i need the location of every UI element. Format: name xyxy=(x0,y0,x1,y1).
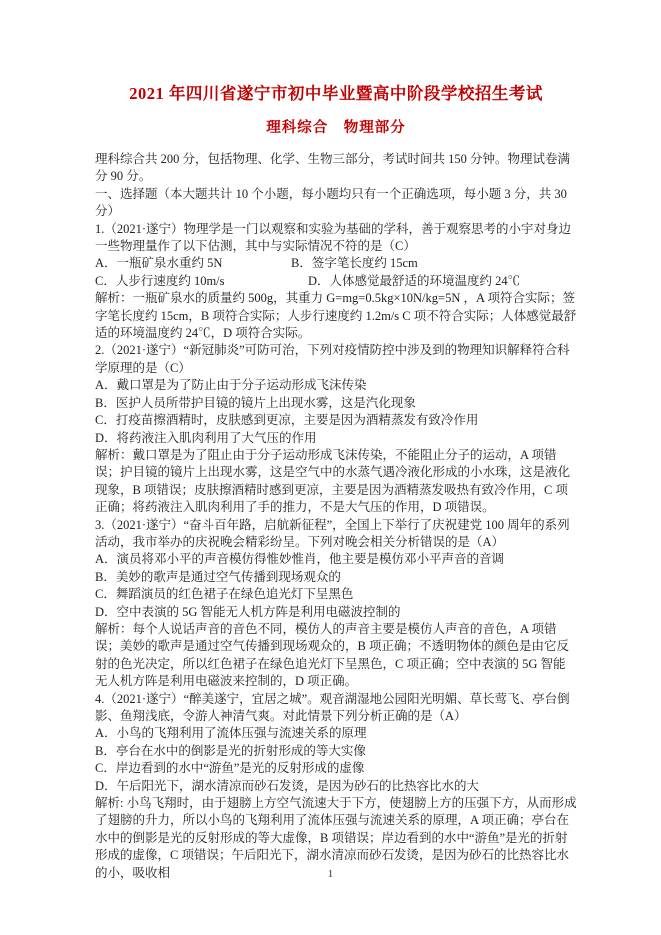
question-3-stem: 3.（2021·遂宁）“奋斗百年路，启航新征程”，全国上下举行了庆祝建党 100… xyxy=(95,517,577,552)
question-1-option-b: B．签字笔长度约 15cm xyxy=(291,256,418,270)
question-4-option-b: B．亭台在水中的倒影是光的折射形成的等大实像 xyxy=(95,743,577,760)
exam-title: 2021 年四川省遂宁市初中毕业暨高中阶段学校招生考试 xyxy=(95,84,577,104)
question-4-option-a: A．小鸟的飞翔利用了流体压强与流速关系的原理 xyxy=(95,725,577,742)
question-2: 2.（2021·遂宁）“新冠肺炎”可防可治，下列对疫情防控中涉及到的物理知识解释… xyxy=(95,342,577,516)
question-4-option-d: D．午后阳光下，湖水清凉而砂石发烫，是因为砂石的比热容比水的大 xyxy=(95,778,577,795)
document-content: 2021 年四川省遂宁市初中毕业暨高中阶段学校招生考试 理科综合 物理部分 理科… xyxy=(95,84,577,882)
question-2-option-c: C．打疫苗擦酒精时，皮肤感到更凉，主要是因为酒精蒸发有致冷作用 xyxy=(95,412,577,429)
question-3-analysis: 解析：每个人说话声音的音色不同，模仿人的声音主要是模仿人声音的音色，A 项错误；… xyxy=(95,621,577,691)
question-3-option-c: C．舞蹈演员的红色裙子在绿色追光灯下呈黑色 xyxy=(95,586,577,603)
exam-document-page: 2021 年四川省遂宁市初中毕业暨高中阶段学校招生考试 理科综合 物理部分 理科… xyxy=(0,0,661,935)
question-1-options-row-1: A．一瓶矿泉水重约 5NB．签字笔长度约 15cm xyxy=(95,255,577,272)
question-1-stem: 1.（2021·遂宁）物理学是一门以观察和实验为基础的学科，善于观察思考的小宇对… xyxy=(95,221,577,256)
question-1-analysis: 解析：一瓶矿泉水的质量约 500g，其重力 G=mg=0.5kg×10N/kg=… xyxy=(95,290,577,342)
question-2-stem: 2.（2021·遂宁）“新冠肺炎”可防可治，下列对疫情防控中涉及到的物理知识解释… xyxy=(95,342,577,377)
question-4-stem: 4.（2021·遂宁）“醉美遂宁，宜居之城”。观音湖湿地公园阳光明媚、草长莺飞、… xyxy=(95,691,577,726)
page-number: 1 xyxy=(0,868,661,880)
question-3: 3.（2021·遂宁）“奋斗百年路，启航新征程”，全国上下举行了庆祝建党 100… xyxy=(95,517,577,691)
question-3-option-d: D．空中表演的 5G 智能无人机方阵是利用电磁波控制的 xyxy=(95,604,577,621)
question-2-analysis: 解析：戴口罩是为了阻止由于分子运动形成飞沫传染，不能阻止分子的运动，A 项错误；… xyxy=(95,447,577,517)
exam-info: 理科综合共 200 分，包括物理、化学、生物三部分，考试时间共 150 分钟。物… xyxy=(95,151,577,186)
question-4: 4.（2021·遂宁）“醉美遂宁，宜居之城”。观音湖湿地公园阳光明媚、草长莺飞、… xyxy=(95,691,577,882)
question-1-option-a: A．一瓶矿泉水重约 5N xyxy=(95,255,291,272)
question-1: 1.（2021·遂宁）物理学是一门以观察和实验为基础的学科，善于观察思考的小宇对… xyxy=(95,221,577,343)
question-1-options-row-2: C．人步行速度约 10m/sD．人体感觉最舒适的环境温度约 24℃ xyxy=(95,273,577,290)
question-1-option-d: D．人体感觉最舒适的环境温度约 24℃ xyxy=(308,274,520,288)
question-2-option-a: A．戴口罩是为了防止由于分子运动形成飞沫传染 xyxy=(95,377,577,394)
question-1-option-c: C．人步行速度约 10m/s xyxy=(95,273,308,290)
question-2-option-d: D．将药液注入肌肉利用了大气压的作用 xyxy=(95,430,577,447)
question-4-option-c: C．岸边看到的水中“游鱼”是光的反射形成的虚像 xyxy=(95,760,577,777)
question-3-option-b: B．美妙的歌声是通过空气传播到现场观众的 xyxy=(95,569,577,586)
question-2-option-b: B．医护人员所带护目镜的镜片上出现水雾，这是汽化现象 xyxy=(95,395,577,412)
question-3-option-a: A．演员将邓小平的声音模仿得惟妙惟肖，他主要是模仿邓小平声音的音调 xyxy=(95,551,577,568)
exam-subtitle: 理科综合 物理部分 xyxy=(95,119,577,137)
section-heading: 一、选择题（本大题共计 10 个小题，每小题均只有一个正确选项，每小题 3 分，… xyxy=(95,186,577,221)
